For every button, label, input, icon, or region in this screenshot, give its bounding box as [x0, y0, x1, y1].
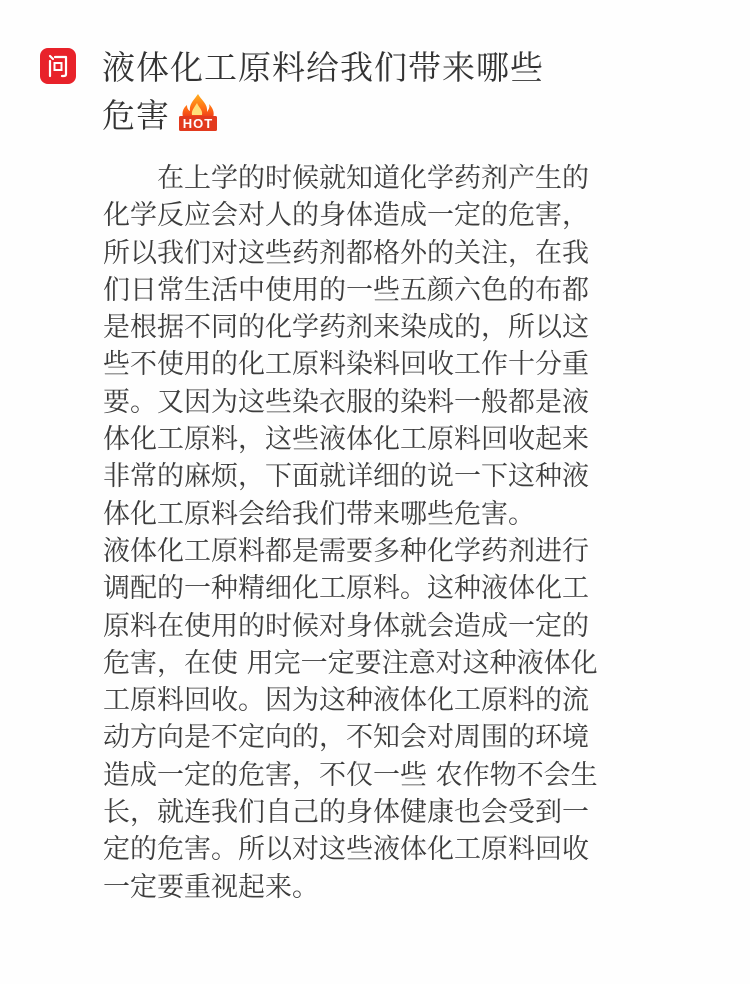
body-line: 非常的麻烦，下面就详细的说一下这种液: [103, 458, 663, 495]
body-line: 造成一定的危害，不仅一些 农作物不会生: [103, 757, 663, 794]
body-line: 们日常生活中使用的一些五颜六色的布都: [103, 272, 663, 309]
body-line: 体化工原料，这些液体化工原料回收起来: [103, 421, 663, 458]
question-page: 液体化工原料给我们带来哪些 危害 HOT 在上学的时候就知道化: [0, 0, 750, 984]
body-line: 要。又因为这些染衣服的染料一般都是液: [103, 384, 663, 421]
question-badge: [40, 48, 76, 84]
body-line: 体化工原料会给我们带来哪些危害。: [103, 496, 663, 533]
body-line: 工原料回收。因为这种液体化工原料的流: [103, 682, 663, 719]
body-line: 动方向是不定向的，不知会对周围的环境: [103, 719, 663, 756]
title-line-2: 危害 HOT: [102, 92, 662, 140]
question-icon: [45, 53, 71, 79]
body-line: 在上学的时候就知道化学药剂产生的: [103, 160, 663, 197]
svg-text:HOT: HOT: [183, 116, 213, 131]
body-line: 化学反应会对人的身体造成一定的危害，: [103, 197, 663, 234]
answer-body: 在上学的时候就知道化学药剂产生的 化学反应会对人的身体造成一定的危害， 所以我们…: [103, 160, 663, 906]
body-line: 长，就连我们自己的身体健康也会受到一: [103, 794, 663, 831]
hot-flame-icon: HOT: [176, 93, 220, 133]
title-line-1: 液体化工原料给我们带来哪些: [102, 44, 662, 92]
body-line: 所以我们对这些药剂都格外的关注，在我: [103, 235, 663, 272]
body-line: 定的危害。所以对这些液体化工原料回收: [103, 831, 663, 868]
body-line: 一定要重视起来。: [103, 869, 663, 906]
body-line: 些不使用的化工原料染料回收工作十分重: [103, 346, 663, 383]
body-line: 液体化工原料都是需要多种化学药剂进行: [103, 533, 663, 570]
title-line-2-text: 危害: [102, 96, 170, 135]
body-line: 调配的一种精细化工原料。这种液体化工: [103, 570, 663, 607]
body-line: 原料在使用的时候对身体就会造成一定的: [103, 608, 663, 645]
question-title: 液体化工原料给我们带来哪些 危害 HOT: [102, 44, 662, 140]
body-line: 是根据不同的化学药剂来染成的，所以这: [103, 309, 663, 346]
body-line: 危害，在使 用完一定要注意对这种液体化: [103, 645, 663, 682]
